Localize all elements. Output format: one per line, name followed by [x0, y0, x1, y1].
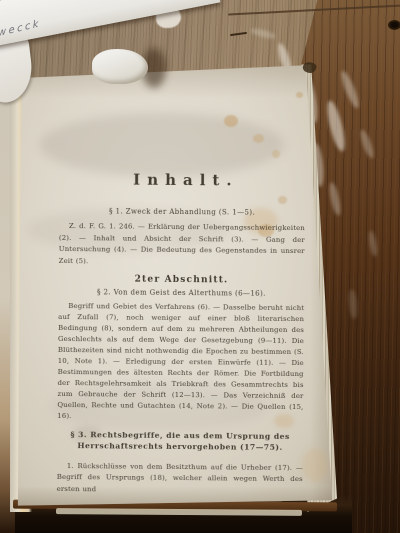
foxing-spot — [296, 92, 303, 98]
wood-knot — [388, 20, 400, 30]
section1-ref-line: § 1. Zweck der Abhandlung (S. 1—5). — [59, 207, 305, 218]
section3-heading: § 3. Rechtsbegriffe, die aus dem Ursprun… — [57, 429, 303, 454]
section3-body: 1. Rückschlüsse von dem Besitzthum auf d… — [57, 461, 303, 498]
book-page: Inhalt. § 1. Zweck der Abhandlung (S. 1—… — [12, 58, 340, 512]
bookmark-handwriting: wecck — [0, 18, 41, 39]
table-of-contents: Inhalt. § 1. Zweck der Abhandlung (S. 1—… — [57, 169, 306, 504]
photo-scene: Inhalt. § 1. Zweck der Abhandlung (S. 1—… — [0, 0, 400, 533]
section1-body: Z. d. F. G. 1. 246. — Erklärung der Uebe… — [59, 221, 305, 269]
section2-heading: 2ter Abschnitt. — [58, 274, 304, 287]
foxing-spot — [272, 150, 280, 158]
foxing-spot — [224, 115, 238, 127]
foxing-spot — [253, 134, 264, 143]
foxing-spot — [302, 448, 328, 482]
page-smudge — [40, 113, 284, 177]
section2-ref-line: § 2. Von dem Geist des Alterthums (6—16)… — [58, 288, 304, 299]
page-corner-curl — [92, 49, 148, 84]
page-title: Inhalt. — [59, 169, 305, 191]
section2-body: Begriff und Gebiet des Verfahrens (6). —… — [57, 301, 304, 424]
